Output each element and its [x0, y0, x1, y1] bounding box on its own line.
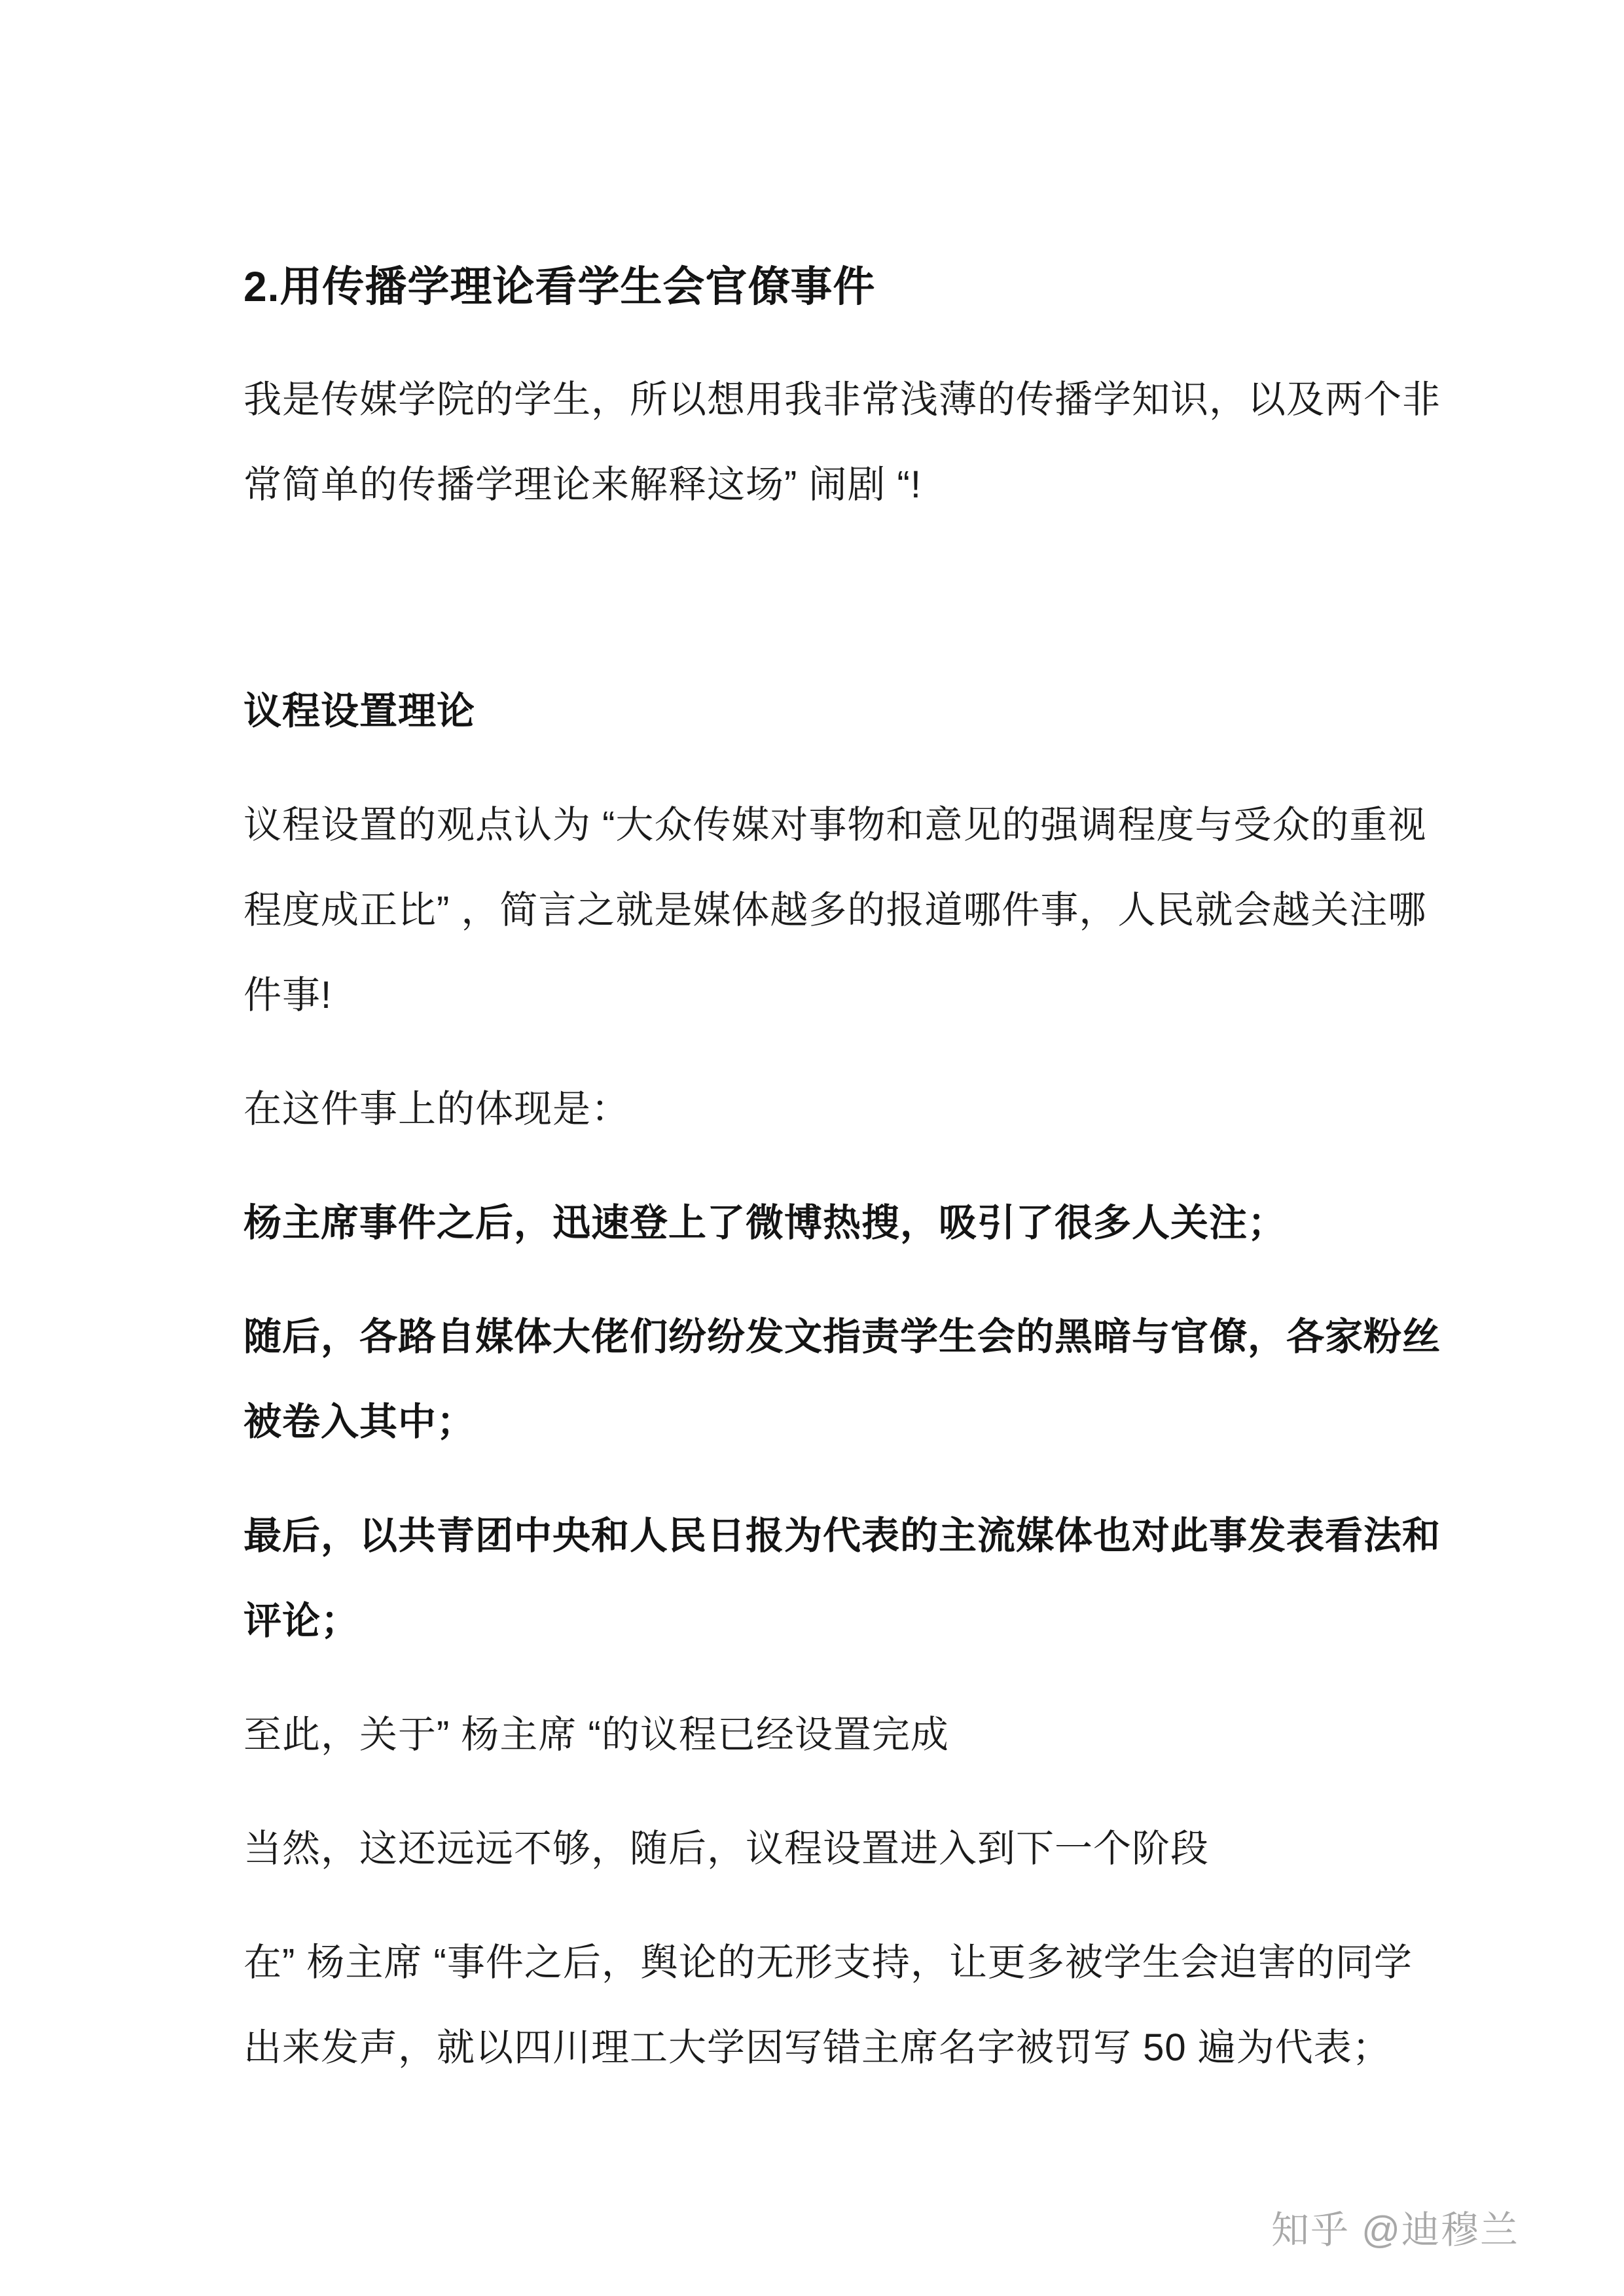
- section-heading-agenda-setting: 议程设置理论: [244, 669, 1474, 754]
- article-body: 2.用传播学理论看学生会官僚事件 我是传媒学院的学生，所以想用我非常浅薄的传播学…: [244, 260, 1474, 2119]
- lead-in-paragraph: 在这件事上的体现是：: [244, 1067, 1474, 1152]
- intro-paragraph: 我是传媒学院的学生，所以想用我非常浅薄的传播学知识，以及两个非 常简单的传播学理…: [244, 357, 1474, 528]
- bold-point-2: 随后，各路自媒体大佬们纷纷发文指责学生会的黑暗与官僚，各家粉丝 被卷入其中；: [244, 1295, 1474, 1465]
- theory-paragraph: 议程设置的观点认为 “大众传媒对事物和意见的强调程度与受众的重视 程度成正比” …: [244, 783, 1474, 1038]
- conclusion-paragraph-3: 在” 杨主席 “事件之后，舆论的无形支持，让更多被学生会迫害的同学 出来发声，就…: [244, 1920, 1474, 2090]
- conclusion-paragraph-2: 当然，这还远远不够，随后，议程设置进入到下一个阶段: [244, 1806, 1474, 1892]
- bold-point-1: 杨主席事件之后，迅速登上了微博热搜，吸引了很多人关注；: [244, 1181, 1474, 1266]
- conclusion-paragraph-1: 至此，关于” 杨主席 “的议程已经设置完成: [244, 1693, 1474, 1778]
- page-title: 2.用传播学理论看学生会官僚事件: [244, 260, 1474, 313]
- bold-point-3: 最后，以共青团中央和人民日报为代表的主流媒体也对此事发表看法和 评论；: [244, 1494, 1474, 1664]
- zhihu-watermark: 知乎 @迪穆兰: [1271, 2199, 1519, 2254]
